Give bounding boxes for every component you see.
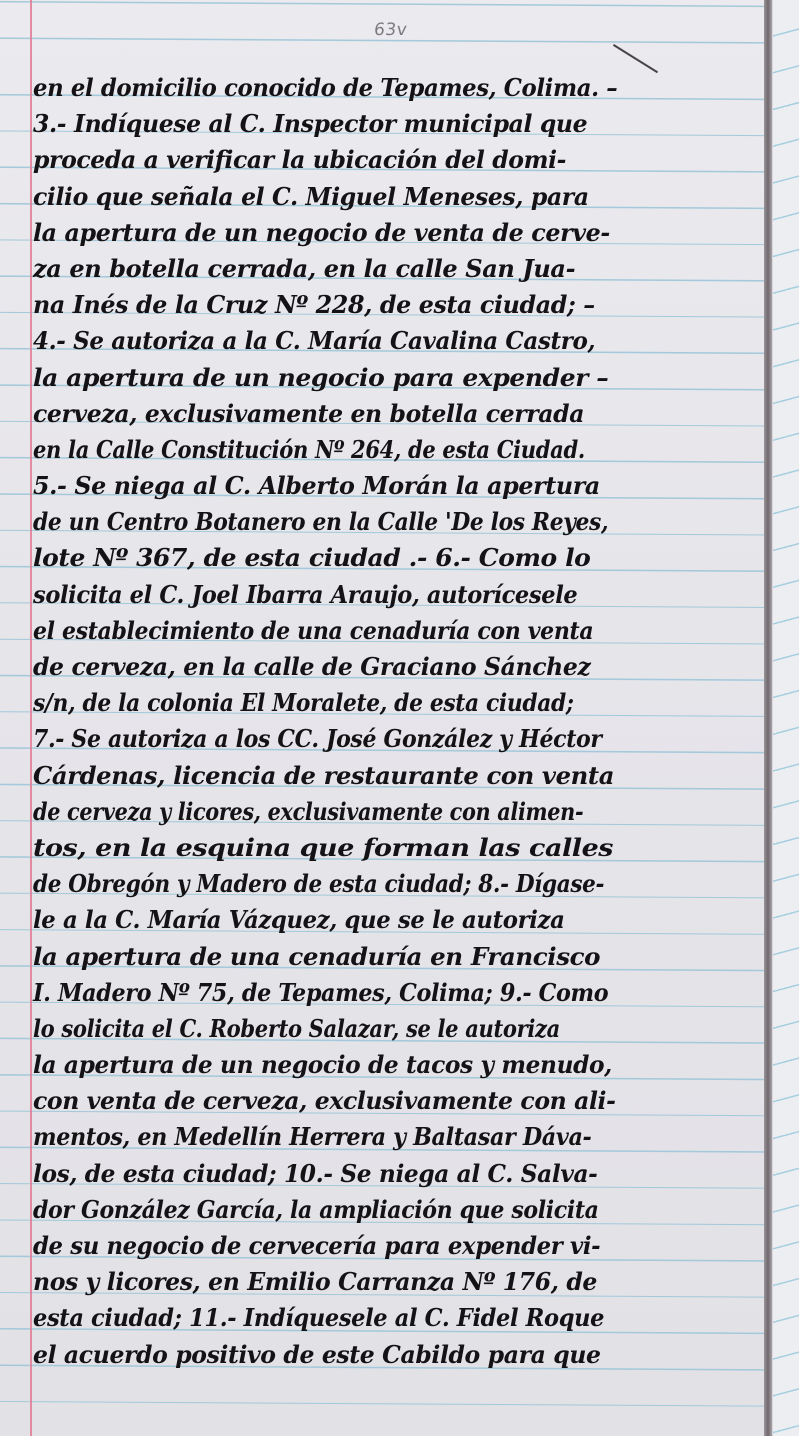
text-line: mentos, en Medellín Herrera y Baltasar D… [33,1119,697,1155]
text-line: I. Madero Nº 75, de Tepames, Colima; 9.-… [33,975,697,1011]
page-edge-shadow [764,0,772,1436]
text-line: lote Nº 367, de esta ciudad .- 6.- Como … [33,540,772,576]
text-line: de su negocio de cervecería para expende… [33,1228,712,1264]
text-line: esta ciudad; 11.- Indíquesele al C. Fide… [33,1300,705,1336]
notebook-page: 63v en el domicilio conocido de Tepames,… [0,0,772,1436]
text-line: 3.- Indíquese al C. Inspector municipal … [33,106,734,142]
text-line: la apertura de un negocio para expender … [33,360,772,396]
underlying-page-strip [773,0,799,1436]
text-line: cilio que señala el C. Miguel Meneses, p… [33,179,734,215]
text-line: solicita el C. Joel Ibarra Araujo, autor… [33,577,705,613]
text-line: de un Centro Botanero en la Calle 'De lo… [33,504,683,540]
text-line: el acuerdo positivo de este Cabildo para… [33,1337,734,1373]
handwritten-text-block: en el domicilio conocido de Tepames, Col… [33,70,763,1373]
red-margin-line [30,0,32,1436]
text-line: nos y licores, en Emilio Carranza Nº 176… [33,1264,734,1300]
text-line: s/n, de la colonia El Moralete, de esta … [33,685,683,721]
text-line: el establecimiento de una cenaduría con … [33,613,690,649]
text-line: la apertura de un negocio de tacos y men… [33,1047,727,1083]
text-line: proceda a verificar la ubicación del dom… [33,142,734,178]
text-line: con venta de cerveza, exclusivamente con… [33,1083,734,1119]
text-line: le a la C. María Vázquez, que se le auto… [33,902,712,938]
text-line: de Obregón y Madero de esta ciudad; 8.- … [33,866,675,902]
text-line: na Inés de la Cruz Nº 228, de esta ciuda… [33,287,741,323]
folio-number: 63v [373,20,408,40]
text-line: de cerveza y licores, exclusivamente con… [33,794,654,830]
text-line: cerveza, exclusivamente en botella cerra… [33,396,734,432]
text-line: en el domicilio conocido de Tepames, Col… [33,70,712,106]
text-line: en la Calle Constitución Nº 264, de esta… [33,432,661,468]
text-line: dor González García, la ampliación que s… [33,1192,690,1228]
text-line: 7.- Se autoriza a los CC. José González … [33,721,690,757]
text-line: tos, en la esquina que forman las calles [33,830,772,866]
text-line: za en botella cerrada, en la calle San J… [33,251,748,287]
text-line: Cárdenas, licencia de restaurante con ve… [33,758,756,794]
text-line: 4.- Se autoriza a la C. María Cavalina C… [33,323,719,359]
text-line: lo solicita el C. Roberto Salazar, se le… [33,1011,661,1047]
text-line: los, de esta ciudad; 10.- Se niega al C.… [33,1156,727,1192]
text-line: de cerveza, en la calle de Graciano Sánc… [33,649,734,685]
text-line: la apertura de una cenaduría en Francisc… [33,939,763,975]
text-line: 5.- Se niega al C. Alberto Morán la aper… [33,468,741,504]
text-line: la apertura de un negocio de venta de ce… [33,215,741,251]
